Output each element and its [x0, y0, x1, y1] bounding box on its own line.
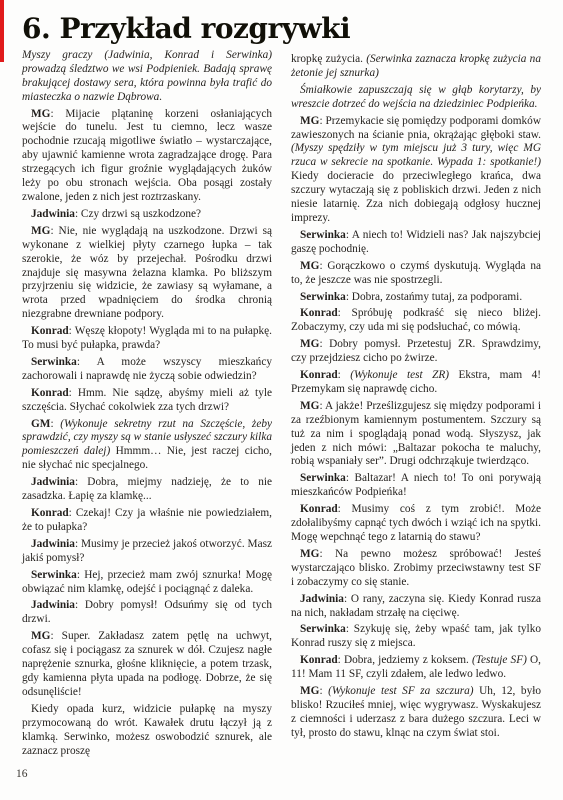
speaker-name: Serwinka: [31, 356, 77, 368]
text-run: : A jakże! Prześlizgujesz się między pod…: [291, 400, 541, 468]
dialogue-paragraph: MG: Na pewno możesz spróbować! Jesteś wy…: [291, 548, 541, 590]
italic-text-run: (Myszy spędziły w tym miejscu już 3 tury…: [291, 142, 541, 168]
dialogue-paragraph: MG: Nie, nie wyglądają na uszkodzone. Dr…: [22, 225, 272, 322]
speaker-name: MG: [300, 260, 319, 272]
dialogue-paragraph: Konrad: Dobra, jedziemy z koksem. (Testu…: [291, 654, 541, 682]
speaker-name: MG: [31, 630, 50, 642]
dialogue-paragraph: MG: Gorączkowo o czymś dyskutują. Wygląd…: [291, 260, 541, 288]
speaker-name: Konrad: [300, 503, 338, 515]
speaker-name: MG: [300, 548, 319, 560]
speaker-name: GM: [31, 418, 50, 430]
narrative-paragraph: Kiedy opada kurz, widzicie pułapkę na my…: [22, 703, 272, 759]
italic-text-run: Myszy graczy (Jadwinia, Konrad i Serwink…: [22, 49, 272, 103]
left-column-text: Myszy graczy (Jadwinia, Konrad i Serwink…: [22, 49, 272, 759]
speaker-name: MG: [300, 115, 319, 127]
speaker-name: Konrad: [31, 507, 69, 519]
dialogue-paragraph: MG: Mijacie plątaninę korzeni osłaniając…: [22, 108, 272, 205]
text-run: kropkę zużycia.: [291, 53, 366, 65]
right-column: kropkę zużycia. (Serwinka zaznacza kropk…: [291, 22, 541, 761]
page-content: 6. Przykład rozgrywki Myszy graczy (Jadw…: [0, 0, 563, 761]
italic-text-run: Śmiałkowie zapuszczają się w głąb koryta…: [291, 84, 541, 110]
dialogue-paragraph: Jadwinia: Czy drzwi są uszkodzone?: [22, 208, 272, 222]
dialogue-paragraph: Jadwinia: Dobra, miejmy nadzieję, że to …: [22, 476, 272, 504]
text-run: :: [50, 418, 60, 430]
text-run: : Dobra, zostańmy tutaj, za podporami.: [346, 291, 522, 303]
text-run: : Czy drzwi są uszkodzone?: [75, 208, 201, 220]
speaker-name: Serwinka: [31, 569, 77, 581]
dialogue-paragraph: Serwinka: Hej, przecież mam zwój sznurka…: [22, 569, 272, 597]
dialogue-paragraph: Jadwinia: O rany, zaczyna się. Kiedy Kon…: [291, 593, 541, 621]
italic-text-run: (Testuje SF): [472, 654, 527, 666]
page-number: 16: [16, 768, 28, 780]
text-run: : Gorączkowo o czymś dyskutują. Wygląda …: [291, 260, 541, 286]
speaker-name: MG: [31, 108, 50, 120]
dialogue-paragraph: Serwinka: A może wszyscy mieszkańcy zach…: [22, 356, 272, 384]
dialogue-paragraph: Konrad: Spróbuję podkraść się nieco bliż…: [291, 307, 541, 335]
dialogue-paragraph: Konrad: Hmm. Nie sądzę, abyśmy mieli aż …: [22, 387, 272, 415]
speaker-name: Konrad: [300, 307, 338, 319]
dialogue-paragraph: Serwinka: A niech to! Widzieli nas? Jak …: [291, 229, 541, 257]
chapter-title: 6. Przykład rozgrywki: [22, 22, 272, 36]
speaker-name: Konrad: [31, 325, 69, 337]
text-run: Kiedy docieracie do przeciwległego krańc…: [291, 170, 541, 224]
dialogue-paragraph: MG: Przemykacie się pomiędzy podporami d…: [291, 115, 541, 226]
dialogue-paragraph: MG: Dobry pomysł. Przetestuj ZR. Sprawdz…: [291, 338, 541, 366]
italic-text-run: (Wykonuje test ZR): [350, 369, 449, 381]
speaker-name: Jadwinia: [31, 208, 75, 220]
dialogue-paragraph: MG: A jakże! Prześlizgujesz się między p…: [291, 400, 541, 470]
dialogue-paragraph: Konrad: Musimy coś z tym zrobić!. Może z…: [291, 503, 541, 545]
speaker-name: Konrad: [300, 654, 338, 666]
text-run: : Dobra, jedziemy z koksem.: [338, 654, 472, 666]
dialogue-paragraph: Serwinka: Szykuję się, żeby wpaść tam, j…: [291, 623, 541, 651]
narrative-paragraph: Śmiałkowie zapuszczają się w głąb koryta…: [291, 84, 541, 112]
speaker-name: Serwinka: [300, 291, 346, 303]
text-run: : Na pewno możesz spróbować! Jesteś wyst…: [291, 548, 541, 588]
speaker-name: Konrad: [300, 369, 338, 381]
text-run: : Mijacie plątaninę korzeni osłaniającyc…: [22, 108, 272, 203]
dialogue-paragraph: GM: (Wykonuje sekretny rzut na Szczęście…: [22, 418, 272, 474]
text-run: : Przemykacie się pomiędzy podporami dom…: [291, 115, 541, 141]
dialogue-paragraph: Jadwinia: Dobry pomysł! Odsuńmy się od t…: [22, 599, 272, 627]
text-run: : Super. Zakładasz zatem pętlę na uchwyt…: [22, 630, 272, 698]
dialogue-paragraph: Serwinka: Dobra, zostańmy tutaj, za podp…: [291, 291, 541, 305]
text-run: : Nie, nie wyglądają na uszkodzone. Drzw…: [22, 225, 272, 320]
speaker-name: Konrad: [31, 387, 69, 399]
speaker-name: Jadwinia: [31, 538, 75, 550]
text-run: : Dobry pomysł. Przetestuj ZR. Sprawdzim…: [291, 338, 541, 364]
speaker-name: MG: [300, 685, 319, 697]
speaker-name: MG: [300, 400, 319, 412]
speaker-name: Serwinka: [300, 623, 346, 635]
left-column: 6. Przykład rozgrywki Myszy graczy (Jadw…: [22, 22, 272, 761]
right-column-text: kropkę zużycia. (Serwinka zaznacza kropk…: [291, 53, 541, 741]
speaker-name: Jadwinia: [31, 476, 75, 488]
dialogue-paragraph: Jadwinia: Musimy je przecież jakoś otwor…: [22, 538, 272, 566]
speaker-name: Serwinka: [300, 229, 346, 241]
dialogue-paragraph: Konrad: (Wykonuje test ZR) Ekstra, mam 4…: [291, 369, 541, 397]
speaker-name: MG: [300, 338, 319, 350]
speaker-name: MG: [31, 225, 50, 237]
italic-text-run: (Wykonuje test SF za szczura): [328, 685, 473, 697]
text-run: :: [338, 369, 351, 381]
dialogue-paragraph: Serwinka: Baltazar! A niech to! To oni p…: [291, 472, 541, 500]
text-run: :: [319, 685, 328, 697]
book-page: 6. Przykład rozgrywki Myszy graczy (Jadw…: [0, 0, 563, 800]
page-edge-red-mark: [0, 0, 4, 62]
dialogue-paragraph: MG: (Wykonuje test SF za szczura) Uh, 12…: [291, 685, 541, 741]
speaker-name: Jadwinia: [300, 593, 344, 605]
text-run: Kiedy opada kurz, widzicie pułapkę na my…: [22, 703, 272, 757]
speaker-name: Serwinka: [300, 472, 346, 484]
narrative-paragraph: kropkę zużycia. (Serwinka zaznacza kropk…: [291, 53, 541, 81]
speaker-name: Jadwinia: [31, 599, 75, 611]
dialogue-paragraph: Konrad: Czekaj! Czy ja właśnie nie powie…: [22, 507, 272, 535]
dialogue-paragraph: MG: Super. Zakładasz zatem pętlę na uchw…: [22, 630, 272, 700]
narrative-paragraph: Myszy graczy (Jadwinia, Konrad i Serwink…: [22, 49, 272, 105]
dialogue-paragraph: Konrad: Węszę kłopoty! Wygląda mi to na …: [22, 325, 272, 353]
